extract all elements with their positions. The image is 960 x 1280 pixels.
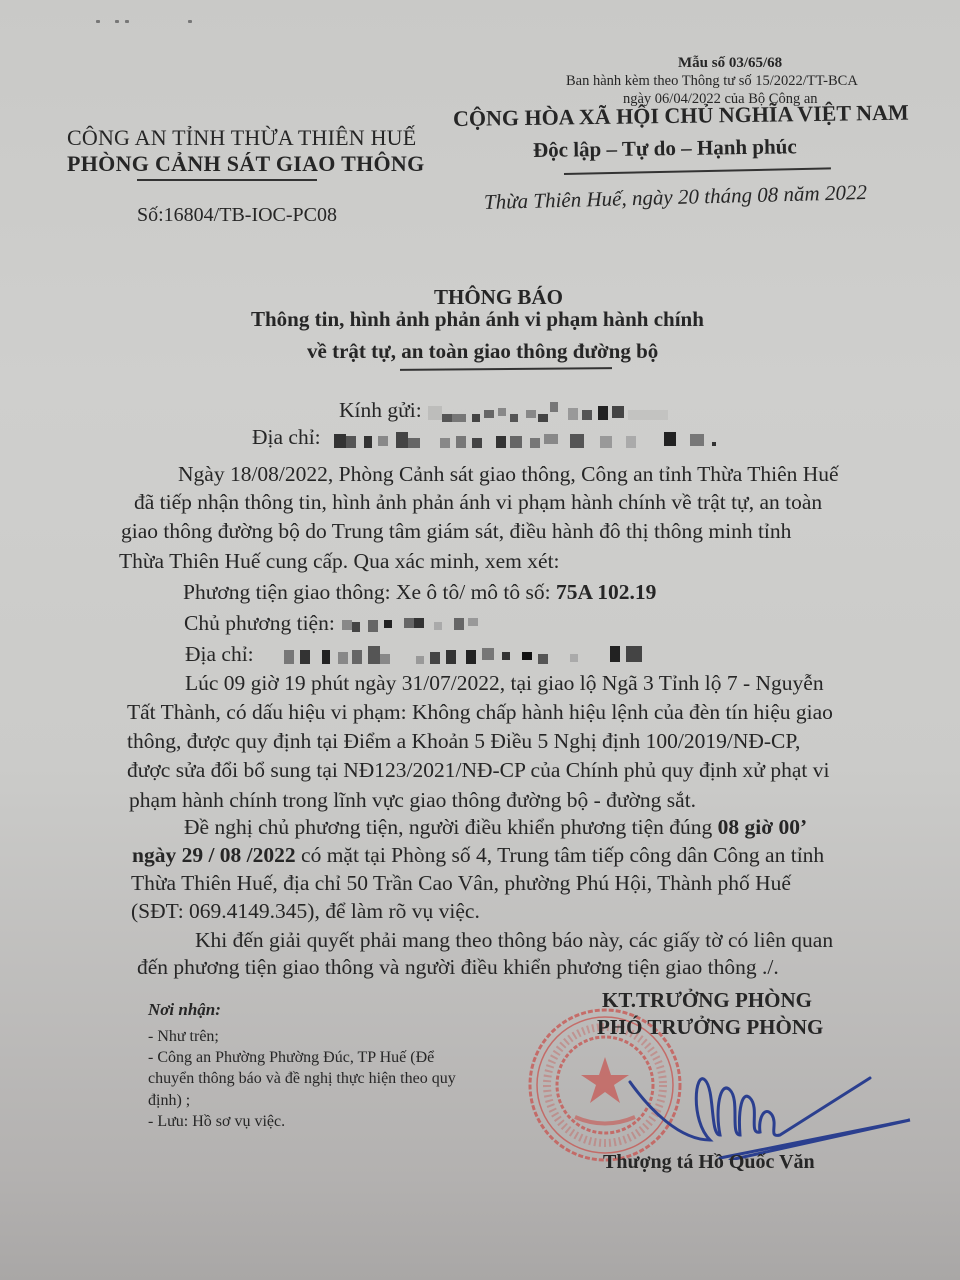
motto-underline [564, 167, 831, 175]
request-date: ngày 29 / 08 /2022 [132, 843, 296, 867]
document-subtitle-line1: Thông tin, hình ảnh phản ánh vi phạm hàn… [251, 307, 704, 332]
stray-mark [96, 20, 100, 23]
violation-line5: phạm hành chính trong lĩnh vực giao thôn… [129, 788, 696, 813]
recipients-line: định) ; [148, 1092, 190, 1110]
stray-mark [115, 20, 119, 23]
violation-line2: Tất Thành, có dấu hiệu vi phạm: Không ch… [127, 700, 833, 725]
redacted-owner-name [338, 612, 538, 634]
body-para1-line3: giao thông đường bộ do Trung tâm giám sá… [121, 519, 791, 544]
recipients-line: - Lưu: Hồ sơ vụ việc. [148, 1113, 285, 1131]
violation-line1: Lúc 09 giờ 19 phút ngày 31/07/2022, tại … [185, 671, 824, 696]
recipients-line: chuyển thông báo và đề nghị thực hiện th… [148, 1070, 456, 1088]
recipient-to-label: Kính gửi: [339, 398, 422, 423]
owner-label: Chủ phương tiện: [184, 611, 335, 636]
place-date: Thừa Thiên Huế, ngày 20 tháng 08 năm 202… [484, 180, 868, 215]
closing-line2: đến phương tiện giao thông và người điều… [137, 955, 779, 980]
pixelated-redaction-icon [330, 428, 770, 450]
signature-title-2: PHÓ TRƯỞNG PHÒNG [597, 1015, 823, 1040]
recipients-line: - Như trên; [148, 1028, 219, 1046]
signature-title-1: KT.TRƯỞNG PHÒNG [602, 988, 812, 1013]
form-issued-line1: Ban hành kèm theo Thông tư số 15/2022/TT… [566, 73, 858, 90]
request-prefix: Đề nghị chủ phương tiện, người điều khiể… [184, 815, 718, 839]
vehicle-plate: 75A 102.19 [556, 580, 656, 604]
recipients-title: Nơi nhận: [148, 1000, 221, 1020]
agency-name: PHÒNG CẢNH SÁT GIAO THÔNG [67, 151, 425, 177]
violation-line4: được sửa đổi bổ sung tại NĐ123/2021/NĐ-C… [127, 758, 829, 783]
blue-ink-signature-icon [620, 1040, 920, 1160]
vehicle-label: Phương tiện giao thông: Xe ô tô/ mô tô s… [183, 580, 556, 604]
closing-line1: Khi đến giải quyết phải mang theo thông … [195, 928, 833, 953]
body-para1-line4: Thừa Thiên Huế cung cấp. Qua xác minh, x… [119, 549, 560, 574]
subtitle-underline [400, 367, 612, 371]
violation-line3: thông, được quy định tại Điểm a Khoản 5 … [127, 729, 800, 754]
stray-mark [125, 20, 129, 23]
nation-name: CỘNG HÒA XÃ HỘI CHỦ NGHĨA VIỆT NAM [453, 100, 909, 132]
redacted-owner-address [270, 642, 670, 666]
request-location: có mặt tại Phòng số 4, Trung tâm tiếp cô… [296, 843, 825, 867]
pixelated-redaction-icon [428, 402, 698, 424]
pixelated-redaction-icon [270, 642, 670, 666]
document-number: Số:16804/TB-IOC-PC08 [137, 204, 337, 227]
document-subtitle-line2: về trật tự, an toàn giao thông đường bộ [307, 339, 658, 364]
request-line4: (SĐT: 069.4149.345), để làm rõ vụ việc. [131, 899, 480, 924]
form-code: Mẫu số 03/65/68 [678, 55, 782, 72]
pixelated-redaction-icon [338, 612, 538, 634]
body-para1-line2: đã tiếp nhận thông tin, hình ảnh phản án… [134, 490, 822, 515]
owner-address-label: Địa chỉ: [185, 642, 254, 667]
agency-underline [137, 179, 317, 181]
agency-parent: CÔNG AN TỈNH THỪA THIÊN HUẾ [67, 125, 416, 151]
request-line3: Thừa Thiên Huế, địa chỉ 50 Trần Cao Vân,… [131, 871, 791, 896]
national-motto: Độc lập – Tự do – Hạnh phúc [533, 134, 797, 163]
body-para1-line1: Ngày 18/08/2022, Phòng Cảnh sát giao thô… [178, 462, 839, 487]
request-line2: ngày 29 / 08 /2022 có mặt tại Phòng số 4… [132, 843, 824, 868]
signer-name: Thượng tá Hồ Quốc Văn [603, 1151, 815, 1174]
vehicle-line: Phương tiện giao thông: Xe ô tô/ mô tô s… [183, 580, 656, 605]
recipient-address-label: Địa chỉ: [252, 425, 321, 450]
request-line1: Đề nghị chủ phương tiện, người điều khiể… [184, 815, 807, 840]
stray-mark [188, 20, 192, 23]
recipients-line: - Công an Phường Phường Đúc, TP Huế (Để [148, 1049, 434, 1067]
request-time: 08 giờ 00’ [718, 815, 808, 839]
redacted-recipient-address [330, 428, 770, 450]
redacted-recipient-name [428, 402, 698, 424]
